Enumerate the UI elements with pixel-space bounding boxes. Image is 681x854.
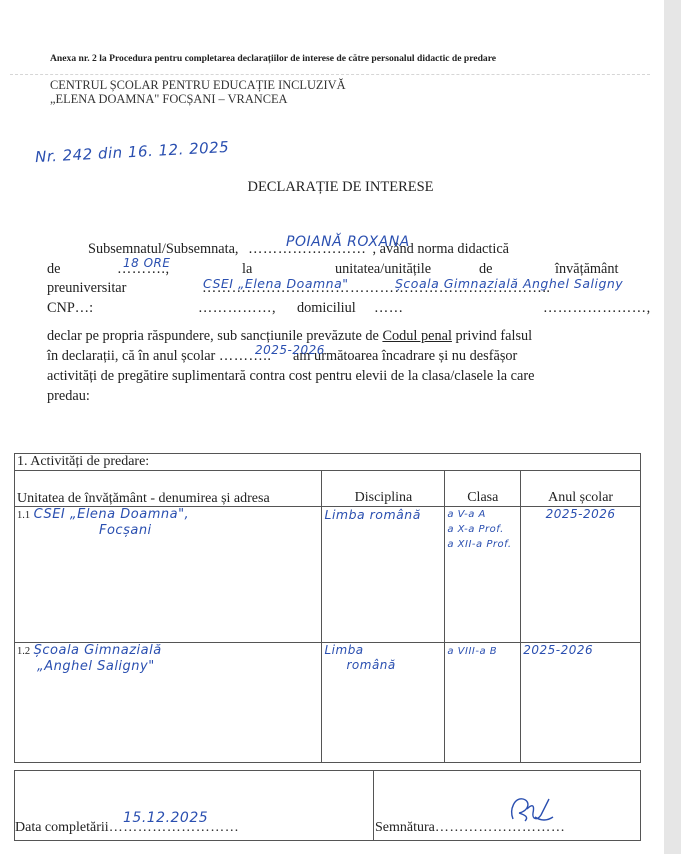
school-year-value: 2025-2026 (255, 343, 325, 357)
cnp-field: ……………, (198, 300, 276, 317)
row-1-unit-line-1: CSEI „Elena Doamna", (34, 507, 190, 522)
document-title: DECLARAȚIE DE INTERESE (0, 179, 681, 196)
cnp-label: CNP…: (47, 300, 93, 316)
declaration-line-4: CNP…: ……………, domiciliul …… …………………, (47, 300, 637, 317)
declaration-paragraph-line-4: predau: (47, 388, 90, 405)
declaration-line-3: preuniversitar …………………………………………………………….. (47, 280, 126, 297)
row-2-class: a VIII-a B (445, 643, 521, 763)
paragraph-text-2: în declarații, că în anul școlar (47, 348, 215, 364)
table-row: 1.1 CSEI „Elena Doamna", Focșani Limba r… (15, 507, 641, 643)
header-unit: Unitatea de învățământ - denumirea și ad… (15, 471, 322, 507)
date-label: Data completării (15, 820, 109, 835)
row-2-discipline-line-2: română (346, 658, 442, 673)
domiciliu-field-2: …………………, (543, 300, 651, 317)
row-1-unit: 1.1 CSEI „Elena Doamna", Focșani (15, 507, 322, 643)
name-value: POIANĂ ROXANA (286, 234, 410, 250)
signature-mark (505, 791, 555, 830)
institution-line-2: „ELENA DOAMNA" FOCȘANI – VRANCEA (50, 92, 346, 106)
domiciliul-label: domiciliul (297, 300, 356, 317)
row-1-class-line-3: a XII-a Prof. (447, 537, 518, 552)
declaration-paragraph-line-3: activități de pregătire suplimentară con… (47, 368, 534, 385)
row-1-year: 2025-2026 (521, 507, 641, 643)
row-1-number: 1.1 (17, 510, 30, 521)
page-edge-strip (664, 0, 681, 854)
signature-icon (505, 791, 555, 825)
row-2-unit-line-1: Școala Gimnazială (34, 643, 162, 658)
activities-table: 1. Activități de predare: Unitatea de în… (14, 453, 641, 763)
codul-penal-link[interactable]: Codul penal (382, 328, 452, 344)
row-2-class-value: a VIII-a B (447, 646, 497, 657)
annex-caption: Anexa nr. 2 la Procedura pentru completa… (50, 53, 630, 64)
row-1-year-value: 2025-2026 (546, 507, 616, 521)
domiciliu-field-1: …… (374, 300, 404, 317)
row-2-year-value: 2025-2026 (523, 643, 593, 657)
preuniversitar-label: preuniversitar (47, 280, 126, 296)
signature-label: Semnătura (375, 820, 435, 835)
signature-divider (373, 771, 374, 840)
row-2-year: 2025-2026 (521, 643, 641, 763)
institution-line-1: CENTRUL ȘCOLAR PENTRU EDUCAȚIE INCLUZIVĂ (50, 78, 346, 92)
signature-block: Data completării……………………… 15.12.2025 Sem… (14, 770, 641, 841)
row-1-class-line-1: a V-a A (447, 507, 518, 522)
date-value: 15.12.2025 (123, 810, 208, 826)
row-1-class-line-2: a X-a Prof. (447, 522, 518, 537)
subsemnatul-label: Subsemnatul/Subsemnata, (88, 241, 239, 257)
norma-value: 18 ORE (123, 256, 170, 270)
header-divider (10, 74, 650, 75)
registration-number: Nr. 242 din 16. 12. 2025 (35, 138, 230, 166)
row-2-number: 1.2 (17, 646, 30, 657)
row-1-unit-line-2: Focșani (99, 523, 319, 538)
table-row: 1.2 Școala Gimnazială „Anghel Saligny" L… (15, 643, 641, 763)
units-value-2: Școala Gimnazială Anghel Saligny (395, 276, 623, 291)
header-discipline: Disciplina (322, 471, 445, 507)
section-title: 1. Activități de predare: (15, 454, 641, 471)
row-1-discipline: Limba română (322, 507, 445, 643)
paragraph-text-1-end: privind falsul (456, 328, 533, 344)
row-2-unit-line-2: „Anghel Saligny" (37, 659, 319, 674)
row-2-unit: 1.2 Școala Gimnazială „Anghel Saligny" (15, 643, 322, 763)
institution-name: CENTRUL ȘCOLAR PENTRU EDUCAȚIE INCLUZIVĂ… (50, 78, 346, 106)
de-label: de (47, 261, 61, 277)
paragraph-text-1: declar pe propria răspundere, sub sancți… (47, 328, 379, 344)
row-2-discipline: Limba română (322, 643, 445, 763)
row-1-discipline-value: Limba română (324, 507, 420, 522)
row-1-class: a V-a A a X-a Prof. a XII-a Prof. (445, 507, 521, 643)
row-2-discipline-line-1: Limba (324, 643, 442, 658)
header-year: Anul școlar (521, 471, 641, 507)
units-value-1: CSEI „Elena Doamna" (203, 276, 349, 291)
header-class: Clasa (445, 471, 521, 507)
paragraph-text-2-end: am următoarea încadrare și nu desfășor (293, 348, 517, 364)
